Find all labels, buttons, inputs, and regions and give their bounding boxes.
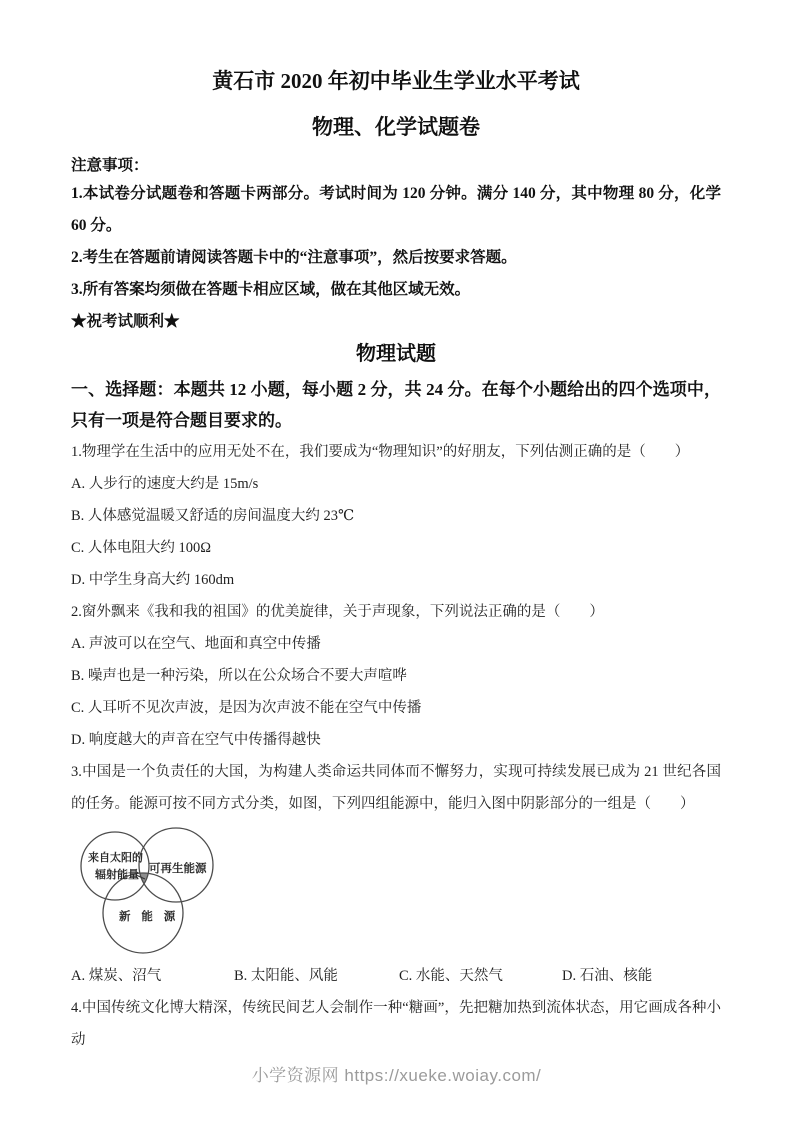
question-1: 1.物理学在生活中的应用无处不在，我们要成为“物理知识”的好朋友，下列估测正确的… <box>71 436 721 596</box>
physics-section-title: 物理试题 <box>71 340 721 368</box>
venn-label-solar-line2: 辐射能量 <box>94 867 139 881</box>
question-3-option-c: C. 水能、天然气 <box>399 960 562 992</box>
venn-label-new-energy: 新 能 源 <box>119 909 179 923</box>
notice-heading: 注意事项： <box>71 154 721 178</box>
question-2: 2.窗外飘来《我和我的祖国》的优美旋律，关于声现象，下列说法正确的是（ ） A.… <box>71 596 721 756</box>
exam-title: 黄石市 2020 年初中毕业生学业水平考试 <box>71 68 721 94</box>
venn-label-solar-line1: 来自太阳的 <box>88 850 143 864</box>
question-3: 3.中国是一个负责任的大国，为构建人类命运共同体而不懈努力，实现可持续发展已成为… <box>71 756 721 992</box>
exam-subtitle: 物理、化学试题卷 <box>71 114 721 140</box>
question-3-options-row: A. 煤炭、沼气 B. 太阳能、风能 C. 水能、天然气 D. 石油、核能 <box>71 960 721 992</box>
question-2-option-a: A. 声波可以在空气、地面和真空中传播 <box>71 628 721 660</box>
question-1-option-d: D. 中学生身高大约 160dm <box>71 564 721 596</box>
question-3-option-b: B. 太阳能、风能 <box>234 960 399 992</box>
exam-paper-page: 黄石市 2020 年初中毕业生学业水平考试 物理、化学试题卷 注意事项： 1.本… <box>0 0 793 1122</box>
footer-watermark-text: 小学资源网 https://xueke.woiay.com/ <box>252 1066 542 1085</box>
question-4: 4.中国传统文化博大精深，传统民间艺人会制作一种“糖画”，先把糖加热到流体状态，… <box>71 992 721 1056</box>
venn-label-renewable: 可再生能源 <box>149 861 207 875</box>
question-3-stem: 3.中国是一个负责任的大国，为构建人类命运共同体而不懈努力，实现可持续发展已成为… <box>71 756 721 820</box>
question-1-stem: 1.物理学在生活中的应用无处不在，我们要成为“物理知识”的好朋友，下列估测正确的… <box>71 436 721 468</box>
question-2-option-d: D. 响度越大的声音在空气中传播得越快 <box>71 724 721 756</box>
notice-section: 注意事项： 1.本试卷分试题卷和答题卡两部分。考试时间为 120 分钟。满分 1… <box>71 154 721 338</box>
part1-intro: 一、选择题：本题共 12 小题，每小题 2 分，共 24 分。在每个小题给出的四… <box>71 374 721 436</box>
question-1-option-b: B. 人体感觉温暖又舒适的房间温度大约 23℃ <box>71 500 721 532</box>
question-2-stem: 2.窗外飘来《我和我的祖国》的优美旋律，关于声现象，下列说法正确的是（ ） <box>71 596 721 628</box>
question-3-option-a: A. 煤炭、沼气 <box>71 960 234 992</box>
venn-svg: 来自太阳的 辐射能量 可再生能源 新 能 源 <box>79 824 229 958</box>
exam-wish-line: ★祝考试顺利★ <box>71 306 721 338</box>
notice-item-1: 1.本试卷分试题卷和答题卡两部分。考试时间为 120 分钟。满分 140 分，其… <box>71 178 721 242</box>
question-1-option-c: C. 人体电阻大约 100Ω <box>71 532 721 564</box>
notice-item-2: 2.考生在答题前请阅读答题卡中的“注意事项”，然后按要求答题。 <box>71 242 721 274</box>
question-2-option-c: C. 人耳听不见次声波，是因为次声波不能在空气中传播 <box>71 692 721 724</box>
question-1-option-a: A. 人步行的速度大约是 15m/s <box>71 468 721 500</box>
question-4-stem: 4.中国传统文化博大精深，传统民间艺人会制作一种“糖画”，先把糖加热到流体状态，… <box>71 992 721 1056</box>
page-footer: 小学资源网 https://xueke.woiay.com/ <box>0 1064 793 1088</box>
question-3-option-d: D. 石油、核能 <box>562 960 721 992</box>
question-2-option-b: B. 噪声也是一种污染，所以在公众场合不要大声喧哗 <box>71 660 721 692</box>
energy-venn-diagram: 来自太阳的 辐射能量 可再生能源 新 能 源 <box>79 824 229 958</box>
question-list: 1.物理学在生活中的应用无处不在，我们要成为“物理知识”的好朋友，下列估测正确的… <box>71 436 721 1056</box>
notice-item-3: 3.所有答案均须做在答题卡相应区域，做在其他区域无效。 <box>71 274 721 306</box>
